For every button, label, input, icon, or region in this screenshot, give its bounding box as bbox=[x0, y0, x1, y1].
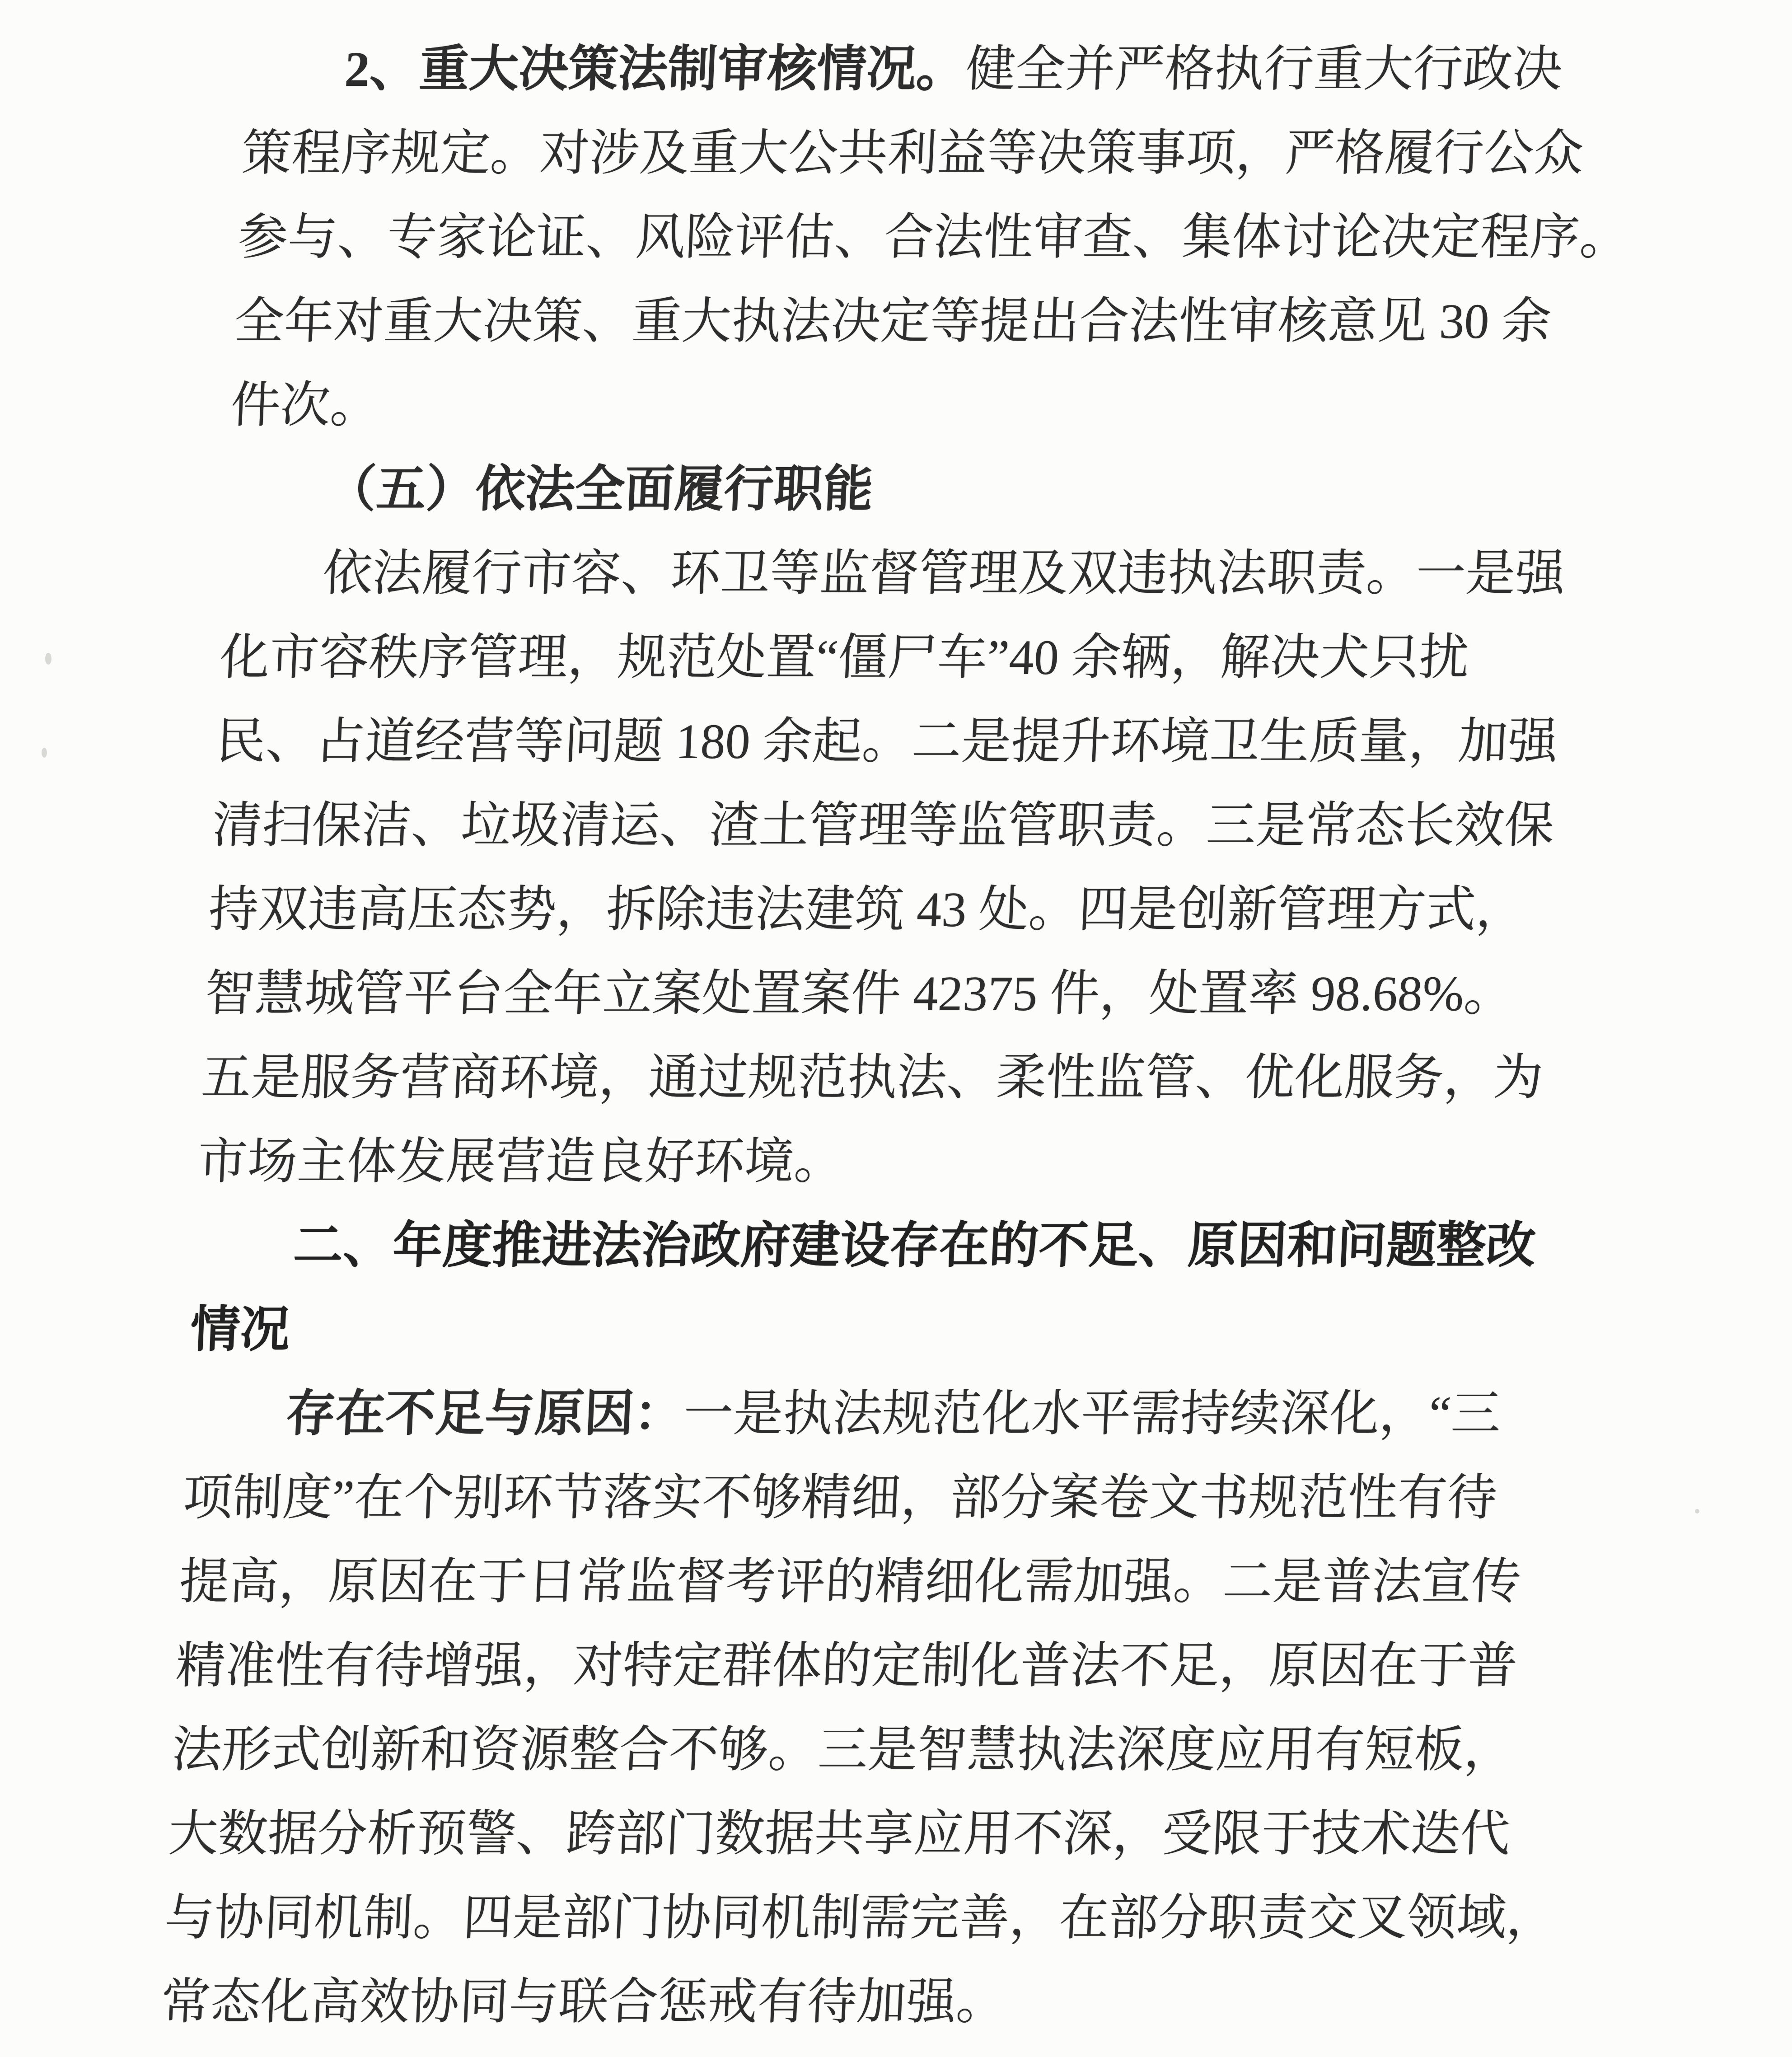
text-line: 件次。 bbox=[229, 363, 1633, 447]
body-text: 智慧城管平台全年立案处置案件 42375 件，处置率 98.68%。 bbox=[204, 966, 1515, 1021]
text-line: 存在不足与原因：一是执法规范化水平需持续深化，“三 bbox=[185, 1372, 1589, 1456]
text-line: 参与、专家论证、风险评估、合法性审查、集体讨论决定程序。 bbox=[236, 195, 1640, 279]
text-line: 情况 bbox=[189, 1288, 1593, 1372]
document-page: 2、重大决策法制审核情况。健全并严格执行重大行政决策程序规定。对涉及重大公共利益… bbox=[0, 0, 1792, 2057]
body-text: 健全并严格执行重大行政决 bbox=[965, 42, 1563, 97]
scan-artifact bbox=[45, 653, 51, 665]
text-line: 项制度”在个别环节落实不够精细，部分案卷文书规范性有待 bbox=[181, 1456, 1585, 1540]
body-text: 与协同机制。四是部门协同机制需完善，在部分职责交叉领域， bbox=[164, 1890, 1557, 1945]
body-text: 二、年度推进法治政府建设存在的不足、原因和问题整改 bbox=[292, 1218, 1537, 1273]
text-line: 大数据分析预警、跨部门数据共享应用不深，受限于技术迭代 bbox=[167, 1792, 1571, 1876]
text-line: （五）依法全面履行职能 bbox=[225, 447, 1629, 531]
text-line: 智慧城管平台全年立案处置案件 42375 件，处置率 98.68%。 bbox=[203, 951, 1607, 1036]
body-text: 大数据分析预警、跨部门数据共享应用不深，受限于技术迭代 bbox=[167, 1806, 1511, 1861]
text-line: 提高，原因在于日常监督考评的精细化需加强。二是普法宣传 bbox=[178, 1540, 1581, 1624]
body-text: 参与、专家论证、风险评估、合法性审查、集体讨论决定程序。 bbox=[237, 210, 1630, 265]
scan-artifact bbox=[1695, 1509, 1699, 1513]
text-line: 精准性有待增强，对特定群体的定制化普法不足，原因在于普 bbox=[174, 1624, 1578, 1708]
body-text: 民、占道经营等问题 180 余起。二是提升环境卫生质量，加强 bbox=[215, 714, 1559, 769]
body-text: 一是执法规范化水平需持续深化，“三 bbox=[683, 1386, 1502, 1441]
bold-text: 2、重大决策法制审核情况。 bbox=[344, 42, 967, 97]
text-line: 五是服务营商环境，通过规范执法、柔性监管、优化服务，为 bbox=[200, 1036, 1604, 1120]
body-text: 市场主体发展营造良好环境。 bbox=[197, 1134, 845, 1189]
text-line: 二、年度推进法治政府建设存在的不足、原因和问题整改 bbox=[192, 1204, 1596, 1288]
bold-text: （五）依法全面履行职能 bbox=[325, 462, 874, 517]
body-text: 常态化高效协同与联合惩戒有待加强。 bbox=[160, 1974, 1007, 2029]
text-line: 与协同机制。四是部门协同机制需完善，在部分职责交叉领域， bbox=[163, 1876, 1567, 1960]
text-line: 依法履行市容、环卫等监督管理及双违执法职责。一是强 bbox=[222, 531, 1626, 615]
text-line: 化市容秩序管理，规范处置“僵尸车”40 余辆，解决犬只扰 bbox=[218, 615, 1622, 699]
text-line: 2、重大决策法制审核情况。健全并严格执行重大行政决 bbox=[243, 27, 1647, 111]
text-line: 市场主体发展营造良好环境。 bbox=[196, 1120, 1600, 1204]
body-text: 法形式创新和资源整合不够。三是智慧执法深度应用有短板， bbox=[171, 1722, 1515, 1777]
text-line: 民、占道经营等问题 180 余起。二是提升环境卫生质量，加强 bbox=[214, 699, 1618, 783]
body-text: 提高，原因在于日常监督考评的精细化需加强。二是普法宣传 bbox=[178, 1554, 1522, 1609]
text-line: 常态化高效协同与联合惩戒有待加强。 bbox=[159, 1960, 1563, 2044]
body-text: 项制度”在个别环节落实不够精细，部分案卷文书规范性有待 bbox=[182, 1470, 1498, 1525]
text-block: 2、重大决策法制审核情况。健全并严格执行重大行政决策程序规定。对涉及重大公共利益… bbox=[159, 27, 1648, 2044]
text-line: 全年对重大决策、重大执法决定等提出合法性审核意见 30 余 bbox=[233, 279, 1637, 363]
body-text: 情况 bbox=[189, 1302, 291, 1357]
text-line: 策程序规定。对涉及重大公共利益等决策事项，严格履行公众 bbox=[240, 111, 1644, 195]
scan-artifact bbox=[42, 748, 47, 758]
text-line: 清扫保洁、垃圾清运、渣土管理等监管职责。三是常态长效保 bbox=[211, 783, 1614, 867]
body-text: 化市容秩序管理，规范处置“僵尸车”40 余辆，解决犬只扰 bbox=[219, 630, 1470, 685]
bold-text: 存在不足与原因： bbox=[285, 1386, 685, 1441]
body-text: 清扫保洁、垃圾清运、渣土管理等监管职责。三是常态长效保 bbox=[211, 798, 1555, 853]
text-line: 法形式创新和资源整合不够。三是智慧执法深度应用有短板， bbox=[170, 1708, 1574, 1792]
body-text: 件次。 bbox=[229, 378, 381, 433]
body-text: 持双违高压态势，拆除违法建筑 43 处。四是创新管理方式， bbox=[208, 882, 1527, 937]
body-text: 精准性有待增强，对特定群体的定制化普法不足，原因在于普 bbox=[174, 1638, 1518, 1693]
body-text: 策程序规定。对涉及重大公共利益等决策事项，严格履行公众 bbox=[241, 126, 1585, 181]
body-text: 依法履行市容、环卫等监督管理及双违执法职责。一是强 bbox=[322, 546, 1566, 601]
body-text: 五是服务营商环境，通过规范执法、柔性监管、优化服务，为 bbox=[200, 1050, 1544, 1105]
text-line: 持双违高压态势，拆除违法建筑 43 处。四是创新管理方式， bbox=[207, 867, 1611, 951]
body-text: 全年对重大决策、重大执法决定等提出合法性审核意见 30 余 bbox=[233, 294, 1552, 349]
